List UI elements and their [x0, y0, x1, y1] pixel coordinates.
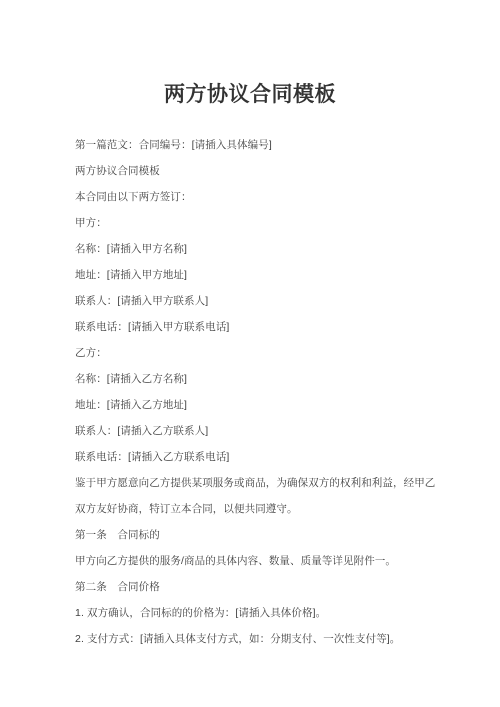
document-page: 两方协议合同模板 第一篇范文：合同编号：[请插入具体编号]两方协议合同模板本合同… — [0, 0, 500, 707]
paragraph-line: 甲方向乙方提供的服务/商品的具体内容、数量、质量等详见附件一。 — [75, 548, 425, 574]
paragraph-line: 联系电话：[请插入乙方联系电话] — [75, 444, 425, 470]
paragraph-line: 本合同由以下两方签订： — [75, 184, 425, 210]
paragraph-line: 两方协议合同模板 — [75, 158, 425, 184]
paragraph-line: 名称：[请插入乙方名称] — [75, 366, 425, 392]
paragraph-line: 联系电话：[请插入甲方联系电话] — [75, 314, 425, 340]
paragraph-line: 名称：[请插入甲方名称] — [75, 236, 425, 262]
paragraph-line: 鉴于甲方愿意向乙方提供某项服务或商品，为确保双方的权利和利益，经甲乙 — [75, 470, 425, 496]
paragraph-line: 第一篇范文：合同编号：[请插入具体编号] — [75, 132, 425, 158]
paragraph-line: 联系人：[请插入甲方联系人] — [75, 288, 425, 314]
paragraph-line: 联系人：[请插入乙方联系人] — [75, 418, 425, 444]
paragraph-line: 双方友好协商，特订立本合同，以便共同遵守。 — [75, 496, 425, 522]
paragraph-line: 甲方： — [75, 210, 425, 236]
paragraph-line: 第二条 合同价格 — [75, 574, 425, 600]
paragraph-line: 2. 支付方式：[请插入具体支付方式，如：分期支付、一次性支付等]。 — [75, 626, 425, 652]
paragraph-line: 第一条 合同标的 — [75, 522, 425, 548]
document-content: 两方协议合同模板 第一篇范文：合同编号：[请插入具体编号]两方协议合同模板本合同… — [0, 0, 500, 652]
paragraph-line: 乙方： — [75, 340, 425, 366]
document-title: 两方协议合同模板 — [75, 84, 425, 106]
paragraph-line: 地址：[请插入乙方地址] — [75, 392, 425, 418]
paragraph-line: 地址：[请插入甲方地址] — [75, 262, 425, 288]
paragraph-line: 1. 双方确认，合同标的的价格为：[请插入具体价格]。 — [75, 600, 425, 626]
document-body: 第一篇范文：合同编号：[请插入具体编号]两方协议合同模板本合同由以下两方签订：甲… — [75, 132, 425, 652]
